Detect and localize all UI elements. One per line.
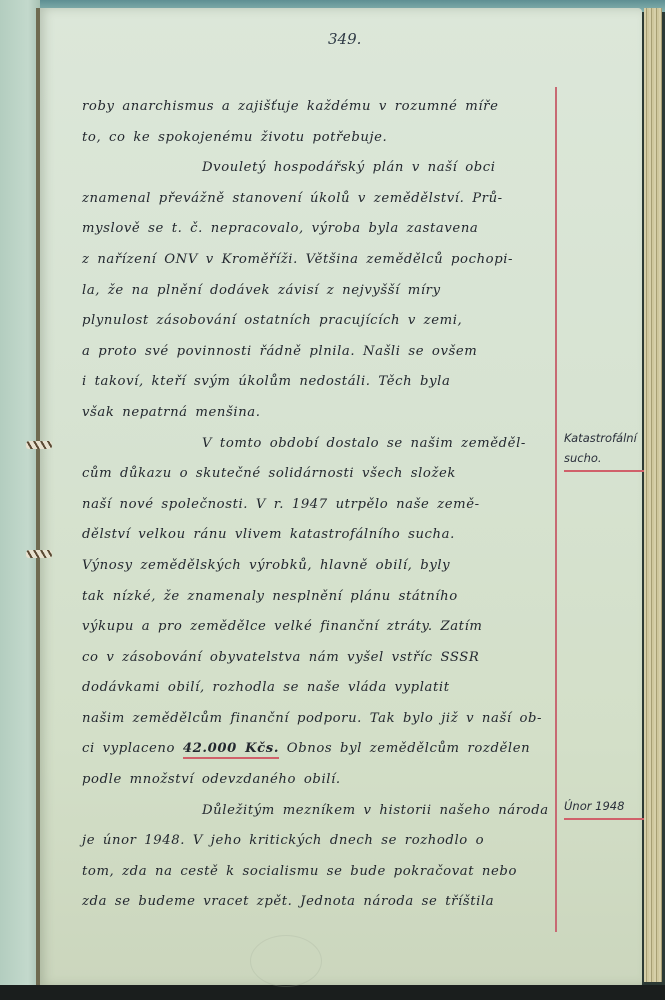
text-fragment: Obnos byl zemědělcům rozdělen [279,741,530,756]
book-page-edges [644,8,662,982]
text-line: Výnosy zemědělských výrobků, hlavně obil… [82,551,547,582]
text-line-paragraph-start: V tomto období dostalo se našim zeměděl- [82,429,547,460]
text-line: plynulost zásobování ostatních pracující… [82,306,547,337]
margin-note-line: Únor 1948 [564,796,646,816]
text-line-with-amount: ci vyplaceno 42.000 Kčs. Obnos byl zeměd… [82,734,547,765]
margin-note-line: sucho. [564,448,646,468]
text-line: la, že na plnění dodávek závisí z nejvyš… [82,276,547,307]
binding-spine [36,8,40,988]
margin-note-underline [564,818,644,820]
margin-rule [555,87,557,932]
text-line: i takoví, kteří svým úkolům nedostáli. T… [82,367,547,398]
text-line: znamenal převážně stanovení úkolů v země… [82,184,547,215]
binding-thread-icon [26,441,52,449]
text-line: co v zásobování obyvatelstva nám vyšel v… [82,643,547,674]
text-line: zda se budeme vracet zpět. Jednota národ… [82,887,547,918]
binding-thread-icon [26,550,52,558]
margin-note-february-1948: Únor 1948 [564,796,646,820]
paper-stain [250,935,322,987]
text-line: roby anarchismus a zajišťuje každému v r… [82,92,547,123]
text-fragment: ci vyplaceno [82,741,183,756]
text-line-paragraph-start: Důležitým mezníkem v historii našeho nár… [82,796,547,827]
margin-note-underline [564,470,644,472]
text-line: z nařízení ONV v Kroměříži. Většina země… [82,245,547,276]
text-line: našim zemědělcům finanční podporu. Tak b… [82,704,547,735]
text-line: to, co ke spokojenému životu potřebuje. [82,123,547,154]
text-line: naší nové společnosti. V r. 1947 utrpělo… [82,490,547,521]
handwritten-body: roby anarchismus a zajišťuje každému v r… [82,92,547,918]
text-line: myslově se t. č. nepracovalo, výroba byl… [82,214,547,245]
text-line: tak nízké, že znamenaly nesplnění plánu … [82,582,547,613]
text-line: výkupu a pro zemědělce velké finanční zt… [82,612,547,643]
text-line: cům důkazu o skutečné solidárnosti všech… [82,459,547,490]
text-line: podle množství odevzdaného obilí. [82,765,547,796]
text-line: je únor 1948. V jeho kritických dnech se… [82,826,547,857]
photo-background-bottom [0,985,665,1000]
text-line: dělství velkou ránu vlivem katastrofální… [82,520,547,551]
text-line: však nepatrná menšina. [82,398,547,429]
text-line-paragraph-start: Dvouletý hospodářský plán v naší obci [82,153,547,184]
margin-note-drought: Katastrofální sucho. [564,428,646,472]
text-line: dodávkami obilí, rozhodla se naše vláda … [82,673,547,704]
page-number: 349. [328,30,361,48]
margin-note-line: Katastrofální [564,428,646,448]
text-line: a proto své povinnosti řádně plnila. Naš… [82,337,547,368]
text-line: tom, zda na cestě k socialismu se bude p… [82,857,547,888]
underlined-amount: 42.000 Kčs. [183,741,279,759]
facing-page-edge [0,0,40,985]
